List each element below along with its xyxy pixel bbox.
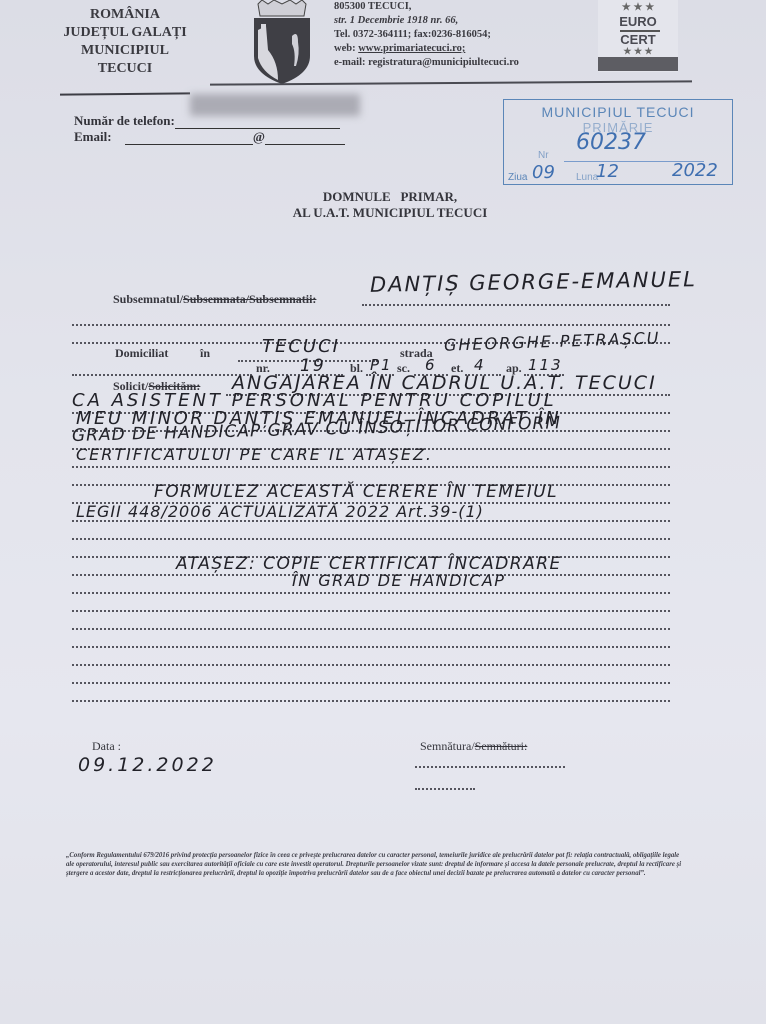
domiciliat-label: Domiciliat — [115, 346, 168, 361]
request-line[interactable] — [72, 628, 670, 630]
subsemnatul-text: Subsemnatul/ — [113, 292, 183, 306]
request-line[interactable] — [72, 610, 670, 612]
phone-fax-line: Tel. 0372-364111; fax:0236-816054; — [334, 28, 519, 42]
stars-icon: ★ ★ ★ — [598, 46, 678, 57]
address-line-1[interactable] — [72, 374, 252, 376]
request-line[interactable] — [72, 646, 670, 648]
gdpr-notice: „Conform Regulamentului 679/2016 privind… — [66, 851, 686, 878]
institution-name: ROMÂNIA JUDEȚUL GALAȚI MUNICIPIUL TECUCI — [60, 6, 190, 78]
street-value: GHEORGHE PETRAȘCU — [444, 328, 661, 355]
name-value: DANȚIȘ GEORGE-EMANUEL — [370, 267, 697, 297]
stamp-year-value: 2022 — [672, 160, 718, 181]
street-line: str. 1 Decembrie 1918 nr. 66, — [334, 14, 519, 28]
email-row: Email: @ — [74, 129, 345, 145]
signature-text: Semnătura/ — [420, 739, 475, 753]
addressee: DOMNULE PRIMAR, AL U.A.T. MUNICIPIUL TEC… — [0, 189, 766, 221]
date-label: Data : — [92, 739, 121, 754]
stamp-day-value: 09 — [532, 162, 555, 183]
city-value: TECUCI — [262, 336, 340, 357]
signature-label: Semnătura/Semnături: — [420, 739, 527, 754]
request-line[interactable] — [72, 682, 670, 684]
stamp-month-label: Luna — [576, 172, 598, 183]
request-text-line: CERTIFICATULUI PE CARE IL ATAȘEZ. — [76, 445, 433, 464]
institution-line: ROMÂNIA — [60, 6, 190, 24]
addressee-line1: DOMNULE PRIMAR, — [0, 189, 766, 205]
stamp-nr-value: 60237 — [576, 130, 646, 155]
eurocert-bottom: CERT — [598, 32, 678, 47]
email-at: @ — [253, 129, 265, 144]
web-line: web: www.primariatecuci.ro; — [334, 42, 519, 56]
stamp-month-value: 12 — [596, 161, 619, 182]
name-line[interactable] — [362, 304, 670, 306]
email-domain-field[interactable] — [265, 144, 345, 145]
web-label: web: — [334, 43, 356, 54]
request-text-line: LEGII 448/2006 ACTUALIZATĂ 2022 Art.39-(… — [76, 502, 484, 521]
stamp-day-label: Ziua — [508, 172, 527, 183]
subsemnatul-label: Subsemnatul/Subsemnata/Subsemnatii: — [113, 292, 316, 307]
request-text-line: ÎN GRAD DE HANDICAP — [292, 571, 505, 590]
eurocert-logo: ★ ★ ★ EURO CERT ★ ★ ★ — [598, 0, 678, 72]
stamp-nr-label: Nr — [538, 150, 549, 161]
request-line[interactable] — [72, 466, 670, 468]
postal-line: 805300 TECUCI, — [334, 0, 519, 14]
request-line[interactable] — [72, 700, 670, 702]
email-label: Email: — [74, 129, 112, 144]
request-line[interactable] — [72, 592, 670, 594]
addressee-line2: AL U.A.T. MUNICIPIUL TECUCI — [0, 205, 766, 221]
eurocert-bar — [598, 57, 678, 71]
eurocert-top: EURO — [598, 14, 678, 29]
subsemnatul-struck: Subsemnata/Subsemnatii: — [183, 292, 316, 306]
institution-line: JUDEȚUL GALAȚI — [60, 24, 190, 42]
name-line-2[interactable] — [72, 324, 670, 326]
institution-line: TECUCI — [60, 60, 190, 78]
contact-block: Număr de telefon: Email: @ — [74, 113, 345, 145]
coat-of-arms-icon — [248, 0, 316, 84]
signature-field-2[interactable] — [415, 788, 475, 790]
request-text-line: FORMULEZ ACEASTĂ CERERE ÎN TEMEIUL — [154, 482, 558, 502]
signature-struck: Semnături: — [475, 739, 528, 753]
request-line[interactable] — [72, 538, 670, 540]
stamp-line1: MUNICIPIUL TECUCI — [504, 104, 732, 120]
request-line[interactable] — [72, 664, 670, 666]
institution-address: 805300 TECUCI, str. 1 Decembrie 1918 nr.… — [334, 0, 519, 70]
web-link[interactable]: www.primariatecuci.ro; — [358, 43, 465, 54]
registration-stamp: MUNICIPIUL TECUCI PRIMĂRIE Nr 60237 Ziua… — [503, 99, 733, 185]
header-divider — [60, 92, 190, 95]
stars-icon: ★ ★ ★ — [598, 2, 678, 13]
date-value: 09.12.2022 — [78, 754, 217, 776]
phone-label: Număr de telefon: — [74, 113, 175, 128]
in-label: în — [200, 346, 210, 361]
email-user-field[interactable] — [125, 144, 253, 145]
email-line: e-mail: registratura@municipiultecuci.ro — [334, 56, 519, 70]
institution-line: MUNICIPIUL — [60, 42, 190, 60]
signature-field[interactable] — [415, 766, 565, 768]
phone-row: Număr de telefon: — [74, 113, 345, 129]
